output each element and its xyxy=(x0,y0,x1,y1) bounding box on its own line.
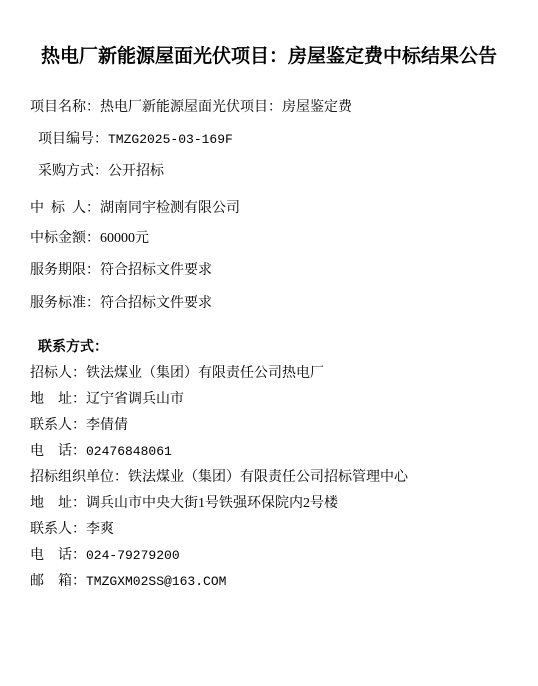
project-code-value: TMZG2025-03-169F xyxy=(108,132,233,147)
award-amount-label: 中标金额： xyxy=(30,231,100,246)
tenderer-person-value: 李倩倩 xyxy=(86,418,128,433)
organizer-name-row: 招标组织单位：铁法煤业（集团）有限责任公司招标管理中心 xyxy=(30,470,508,486)
tenderer-phone-value: 02476848061 xyxy=(86,444,172,459)
procurement-method-row: 采购方式：公开招标 xyxy=(30,164,508,180)
tenderer-person-label: 联系人： xyxy=(30,418,86,433)
announcement-document: 热电厂新能源屋面光伏项目：房屋鉴定费中标结果公告 项目名称：热电厂新能源屋面光伏… xyxy=(0,0,538,686)
organizer-person-value: 李爽 xyxy=(86,522,114,537)
organizer-email-value: TMZGXM02SS@163.COM xyxy=(86,574,226,589)
organizer-person-row: 联系人：李爽 xyxy=(30,522,508,538)
project-name-row: 项目名称：热电厂新能源屋面光伏项目：房屋鉴定费 xyxy=(30,100,508,116)
project-code-row: 项目编号：TMZG2025-03-169F xyxy=(30,132,508,148)
tenderer-phone-row: 电 话：02476848061 xyxy=(30,444,508,460)
procurement-method-value: 公开招标 xyxy=(108,164,164,179)
service-period-row: 服务期限：符合招标文件要求 xyxy=(30,263,508,279)
procurement-method-label: 采购方式： xyxy=(38,164,108,179)
winner-label: 中 标 人： xyxy=(30,201,100,216)
service-standard-value: 符合招标文件要求 xyxy=(100,296,212,311)
tenderer-name-row: 招标人：铁法煤业（集团）有限责任公司热电厂 xyxy=(30,366,508,382)
organizer-email-row: 邮 箱：TMZGXM02SS@163.COM xyxy=(30,574,508,590)
award-amount-row: 中标金额：60000元 xyxy=(30,231,508,247)
contact-section-heading: 联系方式： xyxy=(30,340,508,356)
organizer-email-label: 邮 箱： xyxy=(30,574,86,589)
tenderer-person-row: 联系人：李倩倩 xyxy=(30,418,508,434)
project-name-value: 热电厂新能源屋面光伏项目：房屋鉴定费 xyxy=(100,100,352,115)
service-period-value: 符合招标文件要求 xyxy=(100,263,212,278)
organizer-phone-value: 024-79279200 xyxy=(86,548,180,563)
organizer-name-label: 招标组织单位： xyxy=(30,470,128,485)
project-name-label: 项目名称： xyxy=(30,100,100,115)
organizer-phone-label: 电 话： xyxy=(30,548,86,563)
tenderer-name-value: 铁法煤业（集团）有限责任公司热电厂 xyxy=(86,366,324,381)
organizer-person-label: 联系人： xyxy=(30,522,86,537)
organizer-address-row: 地 址：调兵山市中央大街1号铁强环保院内2号楼 xyxy=(30,496,508,512)
organizer-address-value: 调兵山市中央大街1号铁强环保院内2号楼 xyxy=(86,496,338,511)
tenderer-name-label: 招标人： xyxy=(30,366,86,381)
tenderer-phone-label: 电 话： xyxy=(30,444,86,459)
page-title: 热电厂新能源屋面光伏项目：房屋鉴定费中标结果公告 xyxy=(30,45,508,69)
service-standard-row: 服务标准：符合招标文件要求 xyxy=(30,296,508,312)
organizer-name-value: 铁法煤业（集团）有限责任公司招标管理中心 xyxy=(128,470,408,485)
award-amount-value: 60000元 xyxy=(100,231,149,246)
tenderer-address-row: 地 址：辽宁省调兵山市 xyxy=(30,392,508,408)
project-code-label: 项目编号： xyxy=(38,132,108,147)
tenderer-address-label: 地 址： xyxy=(30,392,86,407)
organizer-phone-row: 电 话：024-79279200 xyxy=(30,548,508,564)
service-period-label: 服务期限： xyxy=(30,263,100,278)
winner-row: 中 标 人：湖南同宇检测有限公司 xyxy=(30,201,508,217)
service-standard-label: 服务标准： xyxy=(30,296,100,311)
organizer-address-label: 地 址： xyxy=(30,496,86,511)
tenderer-address-value: 辽宁省调兵山市 xyxy=(86,392,184,407)
winner-value: 湖南同宇检测有限公司 xyxy=(100,201,240,216)
